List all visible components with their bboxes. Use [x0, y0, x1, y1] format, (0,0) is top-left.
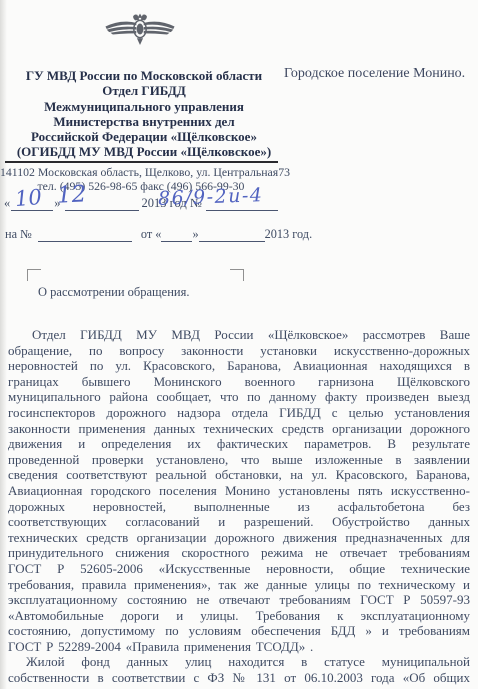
handwritten-day: 10: [14, 185, 43, 211]
incoming-year-label: 2013 год.: [265, 227, 313, 242]
scanned-letter-page: ГУ МВД России по Московской областиОтдел…: [0, 0, 478, 689]
text-line: собственности в соответствии с ФЗ № 131 …: [8, 670, 470, 686]
text-line: Жилой фонд данных улиц находится в стату…: [8, 654, 470, 670]
incoming-number-blank: [38, 227, 132, 242]
na-number-label: на №: [5, 227, 32, 242]
mvd-emblem-icon: [103, 8, 177, 50]
incoming-month-blank: [199, 227, 265, 242]
text-line: ГОСТ Р 52289-2004 «Правила применения ТС…: [8, 639, 470, 655]
text-line: Отдел ГИБДД: [16, 83, 272, 98]
incoming-day-blank: [161, 227, 192, 242]
org-name-block: ГУ МВД России по Московской областиОтдел…: [16, 68, 272, 160]
incoming-reference-row: на № от « » 2013 год.: [5, 226, 321, 242]
text-line: движения и определения их фактических па…: [8, 436, 470, 452]
letter-body: Отдел ГИБДД МУ МВД России «Щёлковское» р…: [8, 327, 470, 686]
text-line: «Автомобильные дороги и улицы. Требовани…: [8, 608, 470, 624]
text-line: муниципального района сообщает, что по д…: [8, 389, 470, 405]
body-paragraph-2: Жилой фонд данных улиц находится в стату…: [8, 654, 470, 685]
text-line: соответствующих согласований и разрешени…: [8, 514, 470, 530]
address-corner-bracket-left: [27, 269, 41, 281]
text-line: неровностей по ул. Красовского, Баранова…: [8, 358, 470, 374]
ot-label: от «: [141, 227, 162, 242]
text-line: сведения соответствуют реальной обстанов…: [8, 467, 470, 483]
text-line: (ОГИБДД МУ МВД России «Щёлковское»): [16, 144, 272, 159]
text-line: эксплуатационному состоянию не отвечают …: [8, 592, 470, 608]
text-line: Отдел ГИБДД МУ МВД России «Щёлковское» р…: [8, 327, 470, 343]
text-line: дорожных неровностей, выполненные из асф…: [8, 499, 470, 515]
scan-edge-shadow: [0, 0, 7, 689]
text-line: состоянию, допустимому по условиям обесп…: [8, 623, 470, 639]
handwritten-month: 12: [56, 181, 87, 208]
text-line: Российской Федерации «Щёлковское»: [16, 129, 272, 144]
text-line: Межмуниципального управления: [16, 99, 272, 114]
text-line: проведенной проверки установлено, что вы…: [8, 452, 470, 468]
text-line: законности применения данных технических…: [8, 421, 470, 437]
subject-line: О рассмотрении обращения.: [38, 285, 189, 300]
text-line: технических средств организации дорожног…: [8, 530, 470, 546]
text-line: принудительного снижения скоростного реж…: [8, 545, 470, 561]
address-corner-bracket-right: [230, 269, 244, 281]
text-line: госинспекторов дорожного надзора отдела …: [8, 405, 470, 421]
text-line: Авиационная городского поселения Монино …: [8, 483, 470, 499]
open-quote: «: [4, 196, 10, 211]
address-line: 141102 Московская область, Щелково, ул. …: [0, 166, 282, 180]
text-line: границах бывшего Монинского военного гар…: [8, 374, 470, 390]
text-line: ГОСТ Р 52605-2006 «Искусственные неровно…: [8, 561, 470, 577]
recipient-line: Городское поселение Монино.: [284, 66, 465, 82]
text-line: требования, правила применения», так же …: [8, 577, 470, 593]
text-line: Министерства внутренних дел: [16, 114, 272, 129]
text-line: ГУ МВД России по Московской области: [16, 68, 272, 83]
text-line: обращение, по вопросу законности установ…: [8, 343, 470, 359]
header-divider-rule: [5, 161, 278, 163]
handwritten-doc-number: 86/9-2и-4: [158, 184, 264, 210]
body-paragraph-1: Отдел ГИБДД МУ МВД России «Щёлковское» р…: [8, 327, 470, 654]
